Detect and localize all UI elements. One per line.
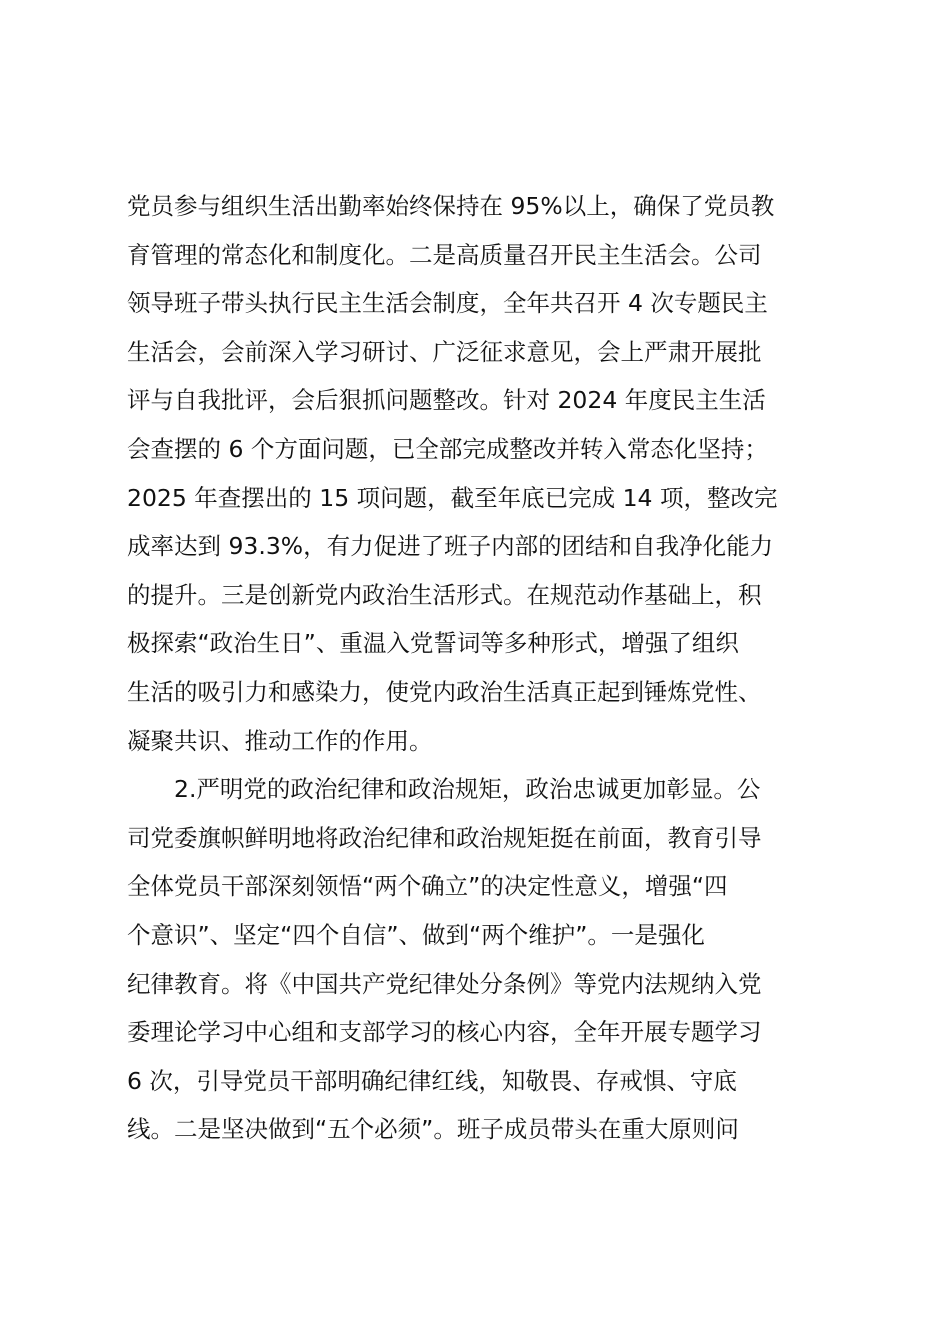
text-line: 成率达到 93.3%，有力促进了班子内部的团结和自我净化能力	[127, 522, 837, 571]
text-line: 纪律教育。将《中国共产党纪律处分条例》等党内法规纳入党	[127, 960, 837, 1009]
paragraph-1: 党员参与组织生活出勤率始终保持在 95%以上，确保了党员教 育管理的常态化和制度…	[127, 182, 837, 765]
text-line: 委理论学习中心组和支部学习的核心内容，全年开展专题学习	[127, 1008, 837, 1057]
text-line: 党员参与组织生活出勤率始终保持在 95%以上，确保了党员教	[127, 182, 837, 231]
paragraph-2: 2.严明党的政治纪律和政治规矩，政治忠诚更加彰显。公 司党委旗帜鲜明地将政治纪律…	[127, 765, 837, 1154]
text-line: 生活的吸引力和感染力，使党内政治生活真正起到锤炼党性、	[127, 668, 837, 717]
text-line: 司党委旗帜鲜明地将政治纪律和政治规矩挺在前面，教育引导	[127, 814, 837, 863]
text-line: 6 次，引导党员干部明确纪律红线，知敬畏、存戒惧、守底	[127, 1057, 837, 1106]
text-line: 会查摆的 6 个方面问题，已全部完成整改并转入常态化坚持；	[127, 425, 837, 474]
text-line: 全体党员干部深刻领悟“两个确立”的决定性意义，增强“四	[127, 862, 837, 911]
text-line: 个意识”、坚定“四个自信”、做到“两个维护”。一是强化	[127, 911, 837, 960]
text-line: 领导班子带头执行民主生活会制度，全年共召开 4 次专题民主	[127, 279, 837, 328]
text-line: 育管理的常态化和制度化。二是高质量召开民主生活会。公司	[127, 231, 837, 280]
text-line: 凝聚共识、推动工作的作用。	[127, 717, 837, 766]
text-line: 的提升。三是创新党内政治生活形式。在规范动作基础上，积	[127, 571, 837, 620]
text-line: 线。二是坚决做到“五个必须”。班子成员带头在重大原则问	[127, 1105, 837, 1154]
text-line: 2025 年查摆出的 15 项问题，截至年底已完成 14 项，整改完	[127, 474, 837, 523]
document-page: 党员参与组织生活出勤率始终保持在 95%以上，确保了党员教 育管理的常态化和制度…	[0, 0, 950, 1344]
text-line: 生活会，会前深入学习研讨、广泛征求意见，会上严肃开展批	[127, 328, 837, 377]
text-line: 评与自我批评，会后狠抓问题整改。针对 2024 年度民主生活	[127, 376, 837, 425]
text-line: 极探索“政治生日”、重温入党誓词等多种形式，增强了组织	[127, 619, 837, 668]
document-body: 党员参与组织生活出勤率始终保持在 95%以上，确保了党员教 育管理的常态化和制度…	[127, 182, 837, 1154]
section-heading-line: 2.严明党的政治纪律和政治规矩，政治忠诚更加彰显。公	[127, 765, 837, 814]
